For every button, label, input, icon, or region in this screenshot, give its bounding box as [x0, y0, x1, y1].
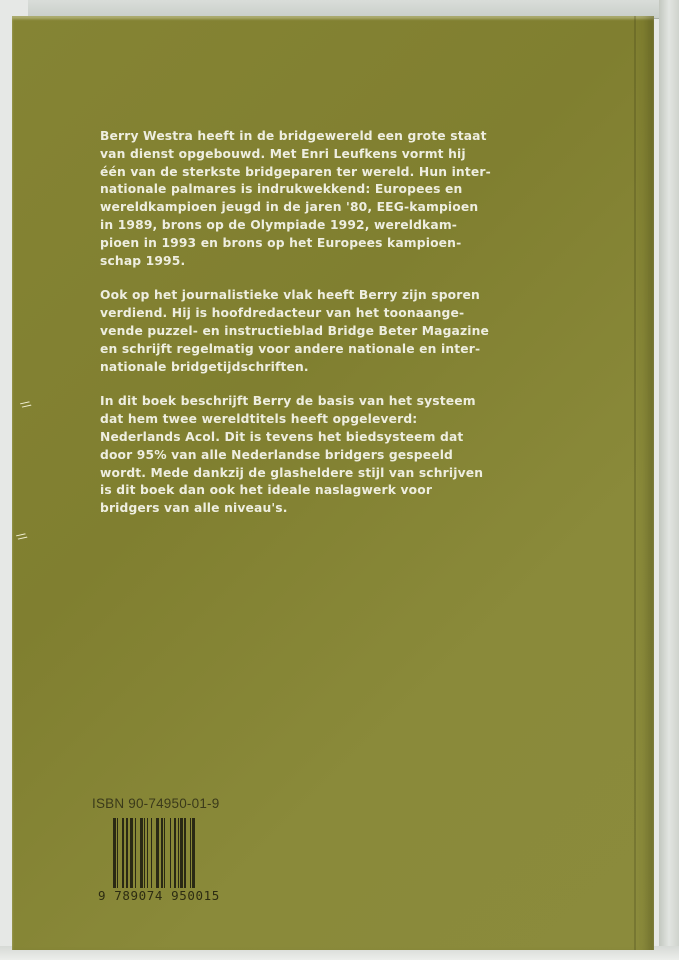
cover-edge — [634, 16, 636, 950]
isbn-label: ISBN 90-74950-01-9 — [92, 796, 219, 811]
shrink-wrap-right — [659, 0, 679, 960]
barcode-digits: 9 789074 950015 — [98, 888, 220, 903]
blurb-text: Berry Westra heeft in de bridgewereld ee… — [100, 128, 560, 535]
barcode — [113, 818, 221, 888]
blurb-paragraph-2: Ook op het journalistieke vlak heeft Ber… — [100, 287, 560, 376]
barcode-bar — [195, 818, 198, 888]
blurb-paragraph-3: In dit boek beschrijft Berry de basis va… — [100, 393, 560, 518]
blurb-paragraph-1: Berry Westra heeft in de bridgewereld ee… — [100, 128, 560, 270]
